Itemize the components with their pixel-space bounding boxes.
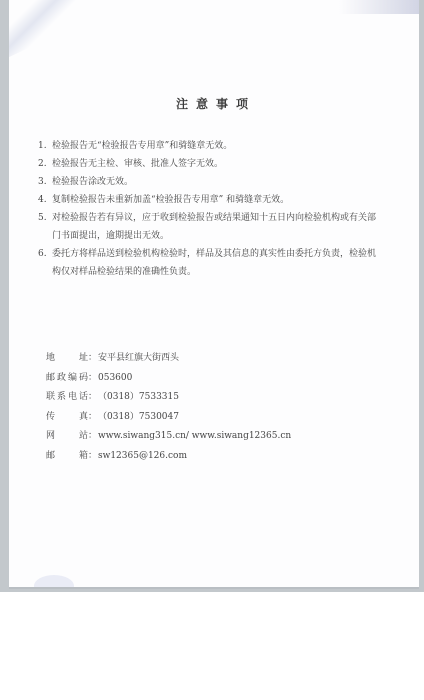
contact-label: 地址 bbox=[46, 349, 88, 369]
notice-item: 3. 检验报告涂改无效。 bbox=[38, 173, 378, 191]
contact-value: sw12365@126.com bbox=[98, 447, 187, 467]
notice-text: 对检验报告若有异议，应于收到检验报告或结果通知十五日内向检验机构或有关部门书面提… bbox=[52, 209, 378, 245]
page-title: 注意事项 bbox=[0, 95, 424, 112]
notice-number: 1. bbox=[38, 137, 52, 155]
notice-number: 2. bbox=[38, 155, 52, 173]
notice-number: 3. bbox=[38, 173, 52, 191]
notice-text: 检验报告无“检验报告专用章”和骑缝章无效。 bbox=[52, 137, 378, 155]
contact-colon: ： bbox=[88, 388, 98, 408]
contact-label: 联系电话 bbox=[46, 388, 88, 408]
notice-number: 4. bbox=[38, 191, 52, 209]
notice-item: 2. 检验报告无主检、审核、批准人签字无效。 bbox=[38, 155, 378, 173]
notice-list: 1. 检验报告无“检验报告专用章”和骑缝章无效。 2. 检验报告无主检、审核、批… bbox=[38, 137, 378, 281]
scan-shadow bbox=[34, 575, 74, 589]
notice-text: 复制检验报告未重新加盖“检验报告专用章” 和骑缝章无效。 bbox=[52, 191, 378, 209]
notice-item: 6. 委托方将样品送到检验机构检验时，样品及其信息的真实性由委托方负责，检验机构… bbox=[38, 245, 378, 281]
contact-value: 053600 bbox=[98, 369, 132, 389]
notice-item: 4. 复制检验报告未重新加盖“检验报告专用章” 和骑缝章无效。 bbox=[38, 191, 378, 209]
scan-shadow bbox=[9, 0, 106, 63]
contact-value: www.siwang315.cn/ www.siwang12365.cn bbox=[98, 427, 291, 447]
notice-text: 委托方将样品送到检验机构检验时，样品及其信息的真实性由委托方负责，检验机构仅对样… bbox=[52, 245, 378, 281]
contact-label: 网站 bbox=[46, 427, 88, 447]
scan-frame bbox=[0, 0, 424, 592]
contact-colon: ： bbox=[88, 447, 98, 467]
document-page bbox=[9, 0, 419, 589]
contact-colon: ： bbox=[88, 408, 98, 428]
contact-label: 传真 bbox=[46, 408, 88, 428]
contact-phone: 联系电话：（0318）7533315 bbox=[46, 388, 291, 408]
contact-label: 邮政编码 bbox=[46, 369, 88, 389]
notice-item: 1. 检验报告无“检验报告专用章”和骑缝章无效。 bbox=[38, 137, 378, 155]
notice-text: 检验报告无主检、审核、批准人签字无效。 bbox=[52, 155, 378, 173]
contact-colon: ： bbox=[88, 427, 98, 447]
scan-shadow bbox=[339, 0, 419, 14]
notice-item: 5. 对检验报告若有异议，应于收到检验报告或结果通知十五日内向检验机构或有关部门… bbox=[38, 209, 378, 245]
contact-info: 地址：安平县红旗大街西头 邮政编码：053600 联系电话：（0318）7533… bbox=[46, 349, 291, 466]
contact-website: 网站：www.siwang315.cn/ www.siwang12365.cn bbox=[46, 427, 291, 447]
contact-email: 邮箱：sw12365@126.com bbox=[46, 447, 291, 467]
notice-number: 6. bbox=[38, 245, 52, 281]
notice-text: 检验报告涂改无效。 bbox=[52, 173, 378, 191]
contact-colon: ： bbox=[88, 369, 98, 389]
contact-value: （0318）7533315 bbox=[98, 388, 179, 408]
contact-fax: 传真：（0318）7530047 bbox=[46, 408, 291, 428]
contact-colon: ： bbox=[88, 349, 98, 369]
notice-number: 5. bbox=[38, 209, 52, 245]
contact-value: （0318）7530047 bbox=[98, 408, 179, 428]
contact-label: 邮箱 bbox=[46, 447, 88, 467]
contact-value: 安平县红旗大街西头 bbox=[98, 349, 179, 369]
contact-postcode: 邮政编码：053600 bbox=[46, 369, 291, 389]
contact-address: 地址：安平县红旗大街西头 bbox=[46, 349, 291, 369]
